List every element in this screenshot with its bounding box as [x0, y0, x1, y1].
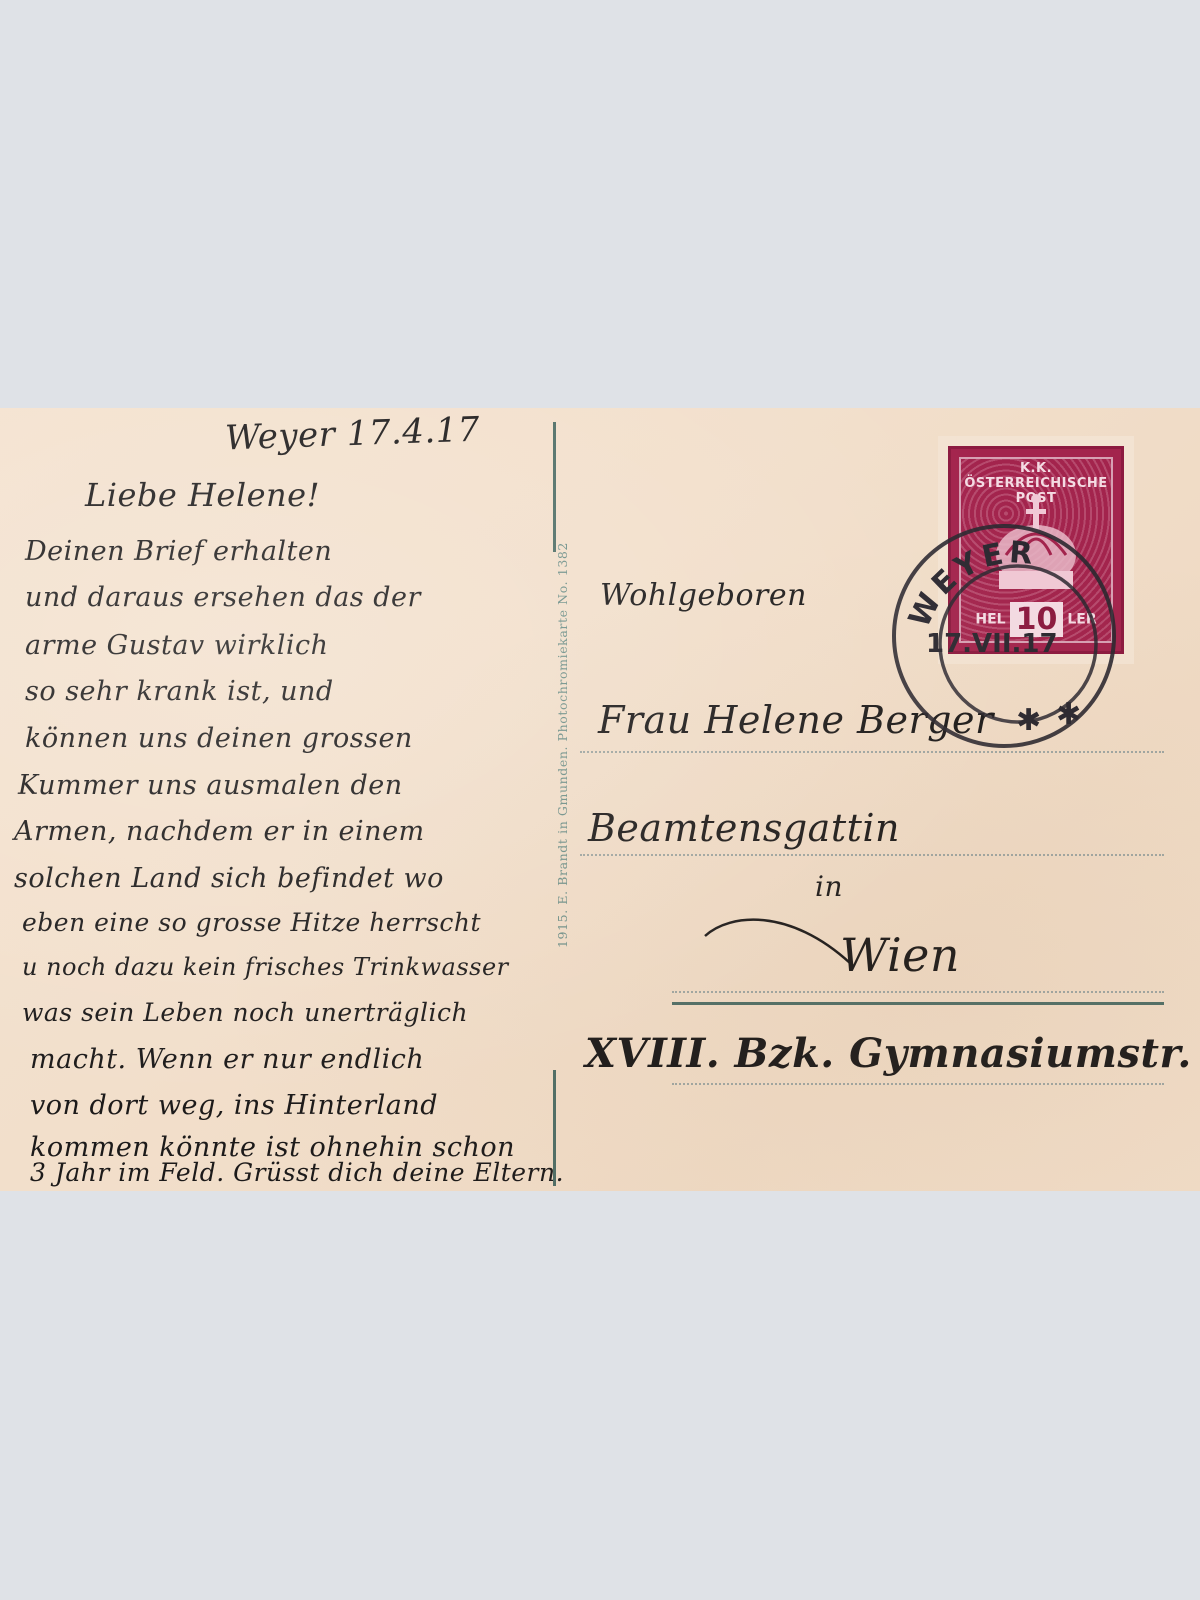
message-line: 3 Jahr im Feld. Grüsst dich deine Eltern… [30, 1158, 564, 1187]
message-line: so sehr krank ist, und [25, 676, 334, 707]
publisher-imprint: 1915. E. Brandt in Gmunden. Photochromie… [555, 542, 570, 948]
address-rule [672, 1002, 1164, 1005]
message-line: und daraus ersehen das der [25, 582, 421, 613]
center-divider [553, 422, 556, 552]
address-line [580, 751, 1164, 753]
place-date: Weyer 17.4.17 [224, 410, 480, 459]
message-line: was sein Leben noch unerträglich [22, 998, 468, 1027]
address-title: Beamtensgattin [588, 806, 900, 850]
postage-stamp: K.K. ÖSTERREICHISCHE POST HEL10LER [938, 436, 1134, 664]
message-line: können uns deinen grossen [25, 723, 413, 754]
greeting: Liebe Helene! [85, 476, 320, 514]
message-line: arme Gustav wirklich [25, 630, 329, 661]
svg-text:✱: ✱ [1056, 697, 1081, 732]
city-flourish [700, 908, 860, 968]
message-line: von dort weg, ins Hinterland [30, 1090, 438, 1121]
address-line [580, 854, 1164, 856]
crown-icon [981, 493, 1091, 603]
address-name: Frau Helene Berger [598, 698, 994, 742]
message-line: u noch dazu kein frisches Trinkwasser [22, 953, 509, 981]
postcard: Weyer 17.4.17 Liebe Helene! Deinen Brief… [0, 408, 1200, 1191]
message-line: Deinen Brief erhalten [25, 536, 332, 567]
svg-text:✱: ✱ [1016, 703, 1041, 738]
stamp-value: HEL10LER [951, 602, 1121, 637]
address-salutation: Wohlgeboren [600, 578, 807, 613]
center-divider [553, 1070, 556, 1186]
message-line: Armen, nachdem er in einem [14, 816, 425, 847]
address-street: XVIII. Bzk. Gymnasiumstr. 24 [585, 1030, 1200, 1077]
address-preposition: in [815, 870, 843, 903]
message-line: solchen Land sich befindet wo [14, 863, 444, 894]
address-line [672, 991, 1164, 993]
address-line [672, 1083, 1164, 1085]
message-line: Kummer uns ausmalen den [18, 770, 403, 801]
message-line: eben eine so grosse Hitze herrscht [22, 908, 481, 937]
message-line: macht. Wenn er nur endlich [30, 1044, 424, 1075]
